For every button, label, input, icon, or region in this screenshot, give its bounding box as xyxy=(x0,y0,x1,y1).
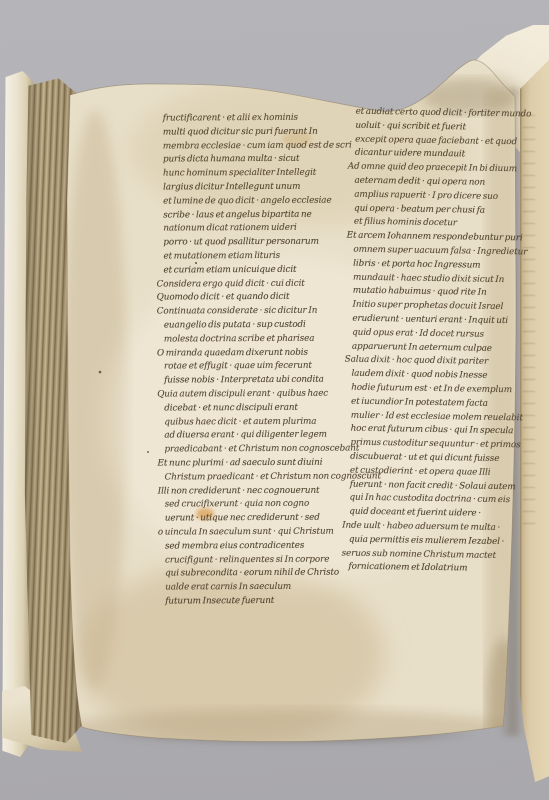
bottom-edge-shading xyxy=(55,709,525,753)
manuscript-line: euangelio dis putata · sup custodi xyxy=(164,318,352,333)
ink-speck xyxy=(147,451,149,453)
text-column-right: et audiat certo quod dicit · fortiter mu… xyxy=(348,106,527,578)
manuscript-line: nationum dicat rationem uideri xyxy=(163,222,351,237)
manuscript-line: porro · ut quod psallitur personarum xyxy=(163,236,351,251)
manuscript-line: scribe · laus et angelus bipartita ne xyxy=(163,208,351,223)
manuscript-line: Continuata considerate · sic dicitur In xyxy=(157,305,352,320)
manuscript-line: molesta doctrina scribe et pharisea xyxy=(164,332,352,347)
manuscript-line: membra ecclesiae · cum iam quod est de s… xyxy=(163,139,351,154)
manuscript-photo: fructificarent · et alii ex hominismulti… xyxy=(0,0,549,800)
manuscript-line: largius dicitur Intellegunt unum xyxy=(163,180,351,195)
manuscript-line: futurum Insecute fuerunt xyxy=(165,594,353,609)
manuscript-line: et mutationem etiam lituris xyxy=(163,249,351,264)
manuscript-line: sed crucifixerunt · quia non cogno xyxy=(165,498,353,513)
manuscript-line: Quomodo dicit · et quando dicit xyxy=(157,291,352,306)
manuscript-line: uerunt · utique nec crediderunt · sed xyxy=(165,512,353,527)
manuscript-line: quibus haec dicit · et autem plurima xyxy=(164,415,352,430)
manuscript-line: fornicationem et Idolatrium xyxy=(348,561,520,577)
manuscript-line: Considera ergo quid dicit · cui dicit xyxy=(157,277,352,292)
manuscript-line: o uincula In saeculum sunt · qui Christu… xyxy=(158,525,353,540)
manuscript-line: et lumine de quo dicit · angelo ecclesia… xyxy=(163,194,351,209)
manuscript-line: Quia autem discipuli erant · quibus haec xyxy=(157,387,352,402)
manuscript-line: dicebat · et nunc discipuli erant xyxy=(164,401,352,416)
manuscript-line: Christum praedicant · et Christum non co… xyxy=(165,470,353,485)
manuscript-line: rotae et effugit · quae uim fecerunt xyxy=(164,360,352,375)
manuscript-line: hunc hominum specialiter Intellegit xyxy=(163,167,351,182)
manuscript-line: ad diuersa erant · qui diligenter legem xyxy=(164,429,352,444)
manuscript-line: crucifigunt · relinquentes si In corpore xyxy=(165,553,353,568)
manuscript-line: et curiam etiam unicuique dicit xyxy=(163,263,351,278)
manuscript-line: sed membra eius contradicentes xyxy=(165,539,353,554)
ink-speck xyxy=(99,371,102,374)
manuscript-line: qui subrecondita · eorum nihil de Christ… xyxy=(165,567,353,582)
manuscript-line: ualde erat carnis In saeculum xyxy=(165,581,353,596)
manuscript-line: Et nunc plurimi · ad saeculo sunt diuini xyxy=(158,456,353,471)
manuscript-line: multi quod dicitur sic puri fuerunt In xyxy=(163,125,351,140)
manuscript-line: puris dicta humana multa · sicut xyxy=(163,153,351,168)
manuscript-line: fuisse nobis · Interpretata ubi condita xyxy=(164,374,352,389)
manuscript-line: fructificarent · et alii ex hominis xyxy=(163,112,351,127)
manuscript-line: O miranda quaedam dixerunt nobis xyxy=(157,346,352,361)
manuscript-line: praedicabant · et Christum non cognosceb… xyxy=(164,443,352,458)
manuscript-line: Illi non crediderunt · nec cognouerunt xyxy=(158,484,353,499)
text-column-left: fructificarent · et alii ex hominismulti… xyxy=(163,112,354,610)
